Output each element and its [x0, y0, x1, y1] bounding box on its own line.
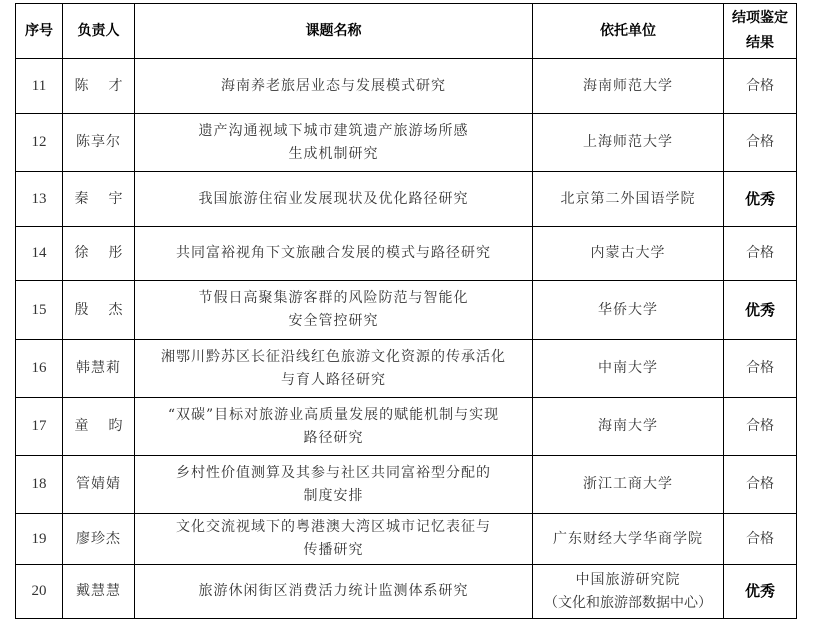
header-title: 课题名称: [135, 4, 533, 59]
row-person: 陈才: [63, 59, 135, 114]
row-title: 遗产沟通视域下城市建筑遗产旅游场所感 生成机制研究: [135, 114, 533, 172]
row-result: 合格: [724, 59, 797, 114]
row-person-name: 昀: [109, 418, 123, 434]
row-result: 合格: [724, 514, 797, 565]
row-title-line1: 海南养老旅居业态与发展模式研究: [137, 75, 530, 98]
row-title: 我国旅游住宿业发展现状及优化路径研究: [135, 172, 533, 227]
project-results-table: 序号 负责人 课题名称 依托单位 结项鉴定 结果 11 陈才 海南养老旅居业态与…: [15, 3, 797, 619]
row-title-line2: 传播研究: [137, 539, 530, 562]
table-row: 17 童昀 “双碳”目标对旅游业高质量发展的赋能机制与实现 路径研究 海南大学 …: [16, 398, 797, 456]
row-unit-line1: 华侨大学: [535, 299, 721, 322]
header-unit: 依托单位: [533, 4, 724, 59]
row-person-name: 彤: [109, 245, 123, 261]
row-unit-line1: 上海师范大学: [535, 131, 721, 154]
row-person: 徐彤: [63, 227, 135, 281]
row-title-line2: 路径研究: [137, 427, 530, 450]
row-title-line1: 湘鄂川黔苏区长征沿线红色旅游文化资源的传承活化: [137, 346, 530, 369]
row-title: 旅游休闲街区消费活力统计监测体系研究: [135, 565, 533, 619]
header-result-line1: 结项鉴定: [726, 6, 794, 31]
row-title-line1: 我国旅游住宿业发展现状及优化路径研究: [137, 188, 530, 211]
row-title: 文化交流视域下的粤港澳大湾区城市记忆表征与 传播研究: [135, 514, 533, 565]
row-person-given: 殷: [75, 302, 89, 318]
row-num: 13: [16, 172, 63, 227]
row-unit: 中南大学: [533, 340, 724, 398]
row-title-line1: 旅游休闲街区消费活力统计监测体系研究: [137, 580, 530, 603]
table-row: 11 陈才 海南养老旅居业态与发展模式研究 海南师范大学 合格: [16, 59, 797, 114]
row-num: 15: [16, 281, 63, 340]
row-result: 优秀: [724, 281, 797, 340]
row-unit: 海南大学: [533, 398, 724, 456]
row-unit-line1: 北京第二外国语学院: [535, 188, 721, 211]
row-unit: 内蒙古大学: [533, 227, 724, 281]
row-person: 戴慧慧: [63, 565, 135, 619]
row-num: 14: [16, 227, 63, 281]
row-unit: 浙江工商大学: [533, 456, 724, 514]
row-title: 海南养老旅居业态与发展模式研究: [135, 59, 533, 114]
row-title-line2: 与育人路径研究: [137, 369, 530, 392]
row-num: 11: [16, 59, 63, 114]
table-row: 15 殷杰 节假日高聚集游客群的风险防范与智能化 安全管控研究 华侨大学 优秀: [16, 281, 797, 340]
row-unit: 北京第二外国语学院: [533, 172, 724, 227]
row-num: 12: [16, 114, 63, 172]
row-person-name: 才: [109, 78, 123, 94]
row-person: 秦宇: [63, 172, 135, 227]
row-result: 合格: [724, 114, 797, 172]
row-title: 乡村性价值测算及其参与社区共同富裕型分配的 制度安排: [135, 456, 533, 514]
row-result: 合格: [724, 340, 797, 398]
row-person-given: 徐: [75, 245, 89, 261]
row-result: 优秀: [724, 172, 797, 227]
row-unit: 广东财经大学华商学院: [533, 514, 724, 565]
row-title: 节假日高聚集游客群的风险防范与智能化 安全管控研究: [135, 281, 533, 340]
row-num: 18: [16, 456, 63, 514]
header-result: 结项鉴定 结果: [724, 4, 797, 59]
header-person: 负责人: [63, 4, 135, 59]
row-unit: 海南师范大学: [533, 59, 724, 114]
table-row: 12 陈享尔 遗产沟通视域下城市建筑遗产旅游场所感 生成机制研究 上海师范大学 …: [16, 114, 797, 172]
row-unit-line1: 浙江工商大学: [535, 473, 721, 496]
row-num: 19: [16, 514, 63, 565]
row-title-line2: 制度安排: [137, 485, 530, 508]
row-unit-line1: 内蒙古大学: [535, 242, 721, 265]
row-person: 管婧婧: [63, 456, 135, 514]
row-num: 17: [16, 398, 63, 456]
table-row: 16 韩慧莉 湘鄂川黔苏区长征沿线红色旅游文化资源的传承活化 与育人路径研究 中…: [16, 340, 797, 398]
row-person-name: 宇: [109, 191, 123, 207]
table-row: 20 戴慧慧 旅游休闲街区消费活力统计监测体系研究 中国旅游研究院 （文化和旅游…: [16, 565, 797, 619]
row-unit: 中国旅游研究院 （文化和旅游部数据中心）: [533, 565, 724, 619]
row-unit-line1: 海南大学: [535, 415, 721, 438]
row-unit: 华侨大学: [533, 281, 724, 340]
row-title-line1: 乡村性价值测算及其参与社区共同富裕型分配的: [137, 462, 530, 485]
row-title-line1: 遗产沟通视域下城市建筑遗产旅游场所感: [137, 120, 530, 143]
table-row: 19 廖珍杰 文化交流视域下的粤港澳大湾区城市记忆表征与 传播研究 广东财经大学…: [16, 514, 797, 565]
row-person: 殷杰: [63, 281, 135, 340]
table-row: 18 管婧婧 乡村性价值测算及其参与社区共同富裕型分配的 制度安排 浙江工商大学…: [16, 456, 797, 514]
table-row: 14 徐彤 共同富裕视角下文旅融合发展的模式与路径研究 内蒙古大学 合格: [16, 227, 797, 281]
row-person: 陈享尔: [63, 114, 135, 172]
header-result-line2: 结果: [726, 31, 794, 56]
table-row: 13 秦宇 我国旅游住宿业发展现状及优化路径研究 北京第二外国语学院 优秀: [16, 172, 797, 227]
header-num: 序号: [16, 4, 63, 59]
row-person: 韩慧莉: [63, 340, 135, 398]
row-title: 共同富裕视角下文旅融合发展的模式与路径研究: [135, 227, 533, 281]
row-person: 童昀: [63, 398, 135, 456]
row-num: 20: [16, 565, 63, 619]
row-title: 湘鄂川黔苏区长征沿线红色旅游文化资源的传承活化 与育人路径研究: [135, 340, 533, 398]
row-person-given: 童: [75, 418, 89, 434]
row-unit: 上海师范大学: [533, 114, 724, 172]
row-result: 合格: [724, 398, 797, 456]
table-body: 11 陈才 海南养老旅居业态与发展模式研究 海南师范大学 合格 12 陈享尔 遗…: [16, 59, 797, 619]
row-result: 合格: [724, 227, 797, 281]
row-title-line1: 文化交流视域下的粤港澳大湾区城市记忆表征与: [137, 516, 530, 539]
row-title-line1: 节假日高聚集游客群的风险防范与智能化: [137, 287, 530, 310]
row-person-given: 秦: [75, 191, 89, 207]
row-unit-line1: 广东财经大学华商学院: [535, 528, 721, 551]
row-title: “双碳”目标对旅游业高质量发展的赋能机制与实现 路径研究: [135, 398, 533, 456]
row-unit-line1: 海南师范大学: [535, 75, 721, 98]
header-row: 序号 负责人 课题名称 依托单位 结项鉴定 结果: [16, 4, 797, 59]
row-title-line2: 生成机制研究: [137, 143, 530, 166]
row-unit-line1: 中国旅游研究院: [535, 569, 721, 592]
row-unit-line1: 中南大学: [535, 357, 721, 380]
row-title-line2: 安全管控研究: [137, 310, 530, 333]
row-num: 16: [16, 340, 63, 398]
row-person: 廖珍杰: [63, 514, 135, 565]
row-unit-line2: （文化和旅游部数据中心）: [535, 592, 721, 615]
row-result: 合格: [724, 456, 797, 514]
row-person-given: 陈: [75, 78, 89, 94]
row-title-line1: 共同富裕视角下文旅融合发展的模式与路径研究: [137, 242, 530, 265]
row-result: 优秀: [724, 565, 797, 619]
row-person-name: 杰: [109, 302, 123, 318]
row-title-line1: “双碳”目标对旅游业高质量发展的赋能机制与实现: [137, 404, 530, 427]
